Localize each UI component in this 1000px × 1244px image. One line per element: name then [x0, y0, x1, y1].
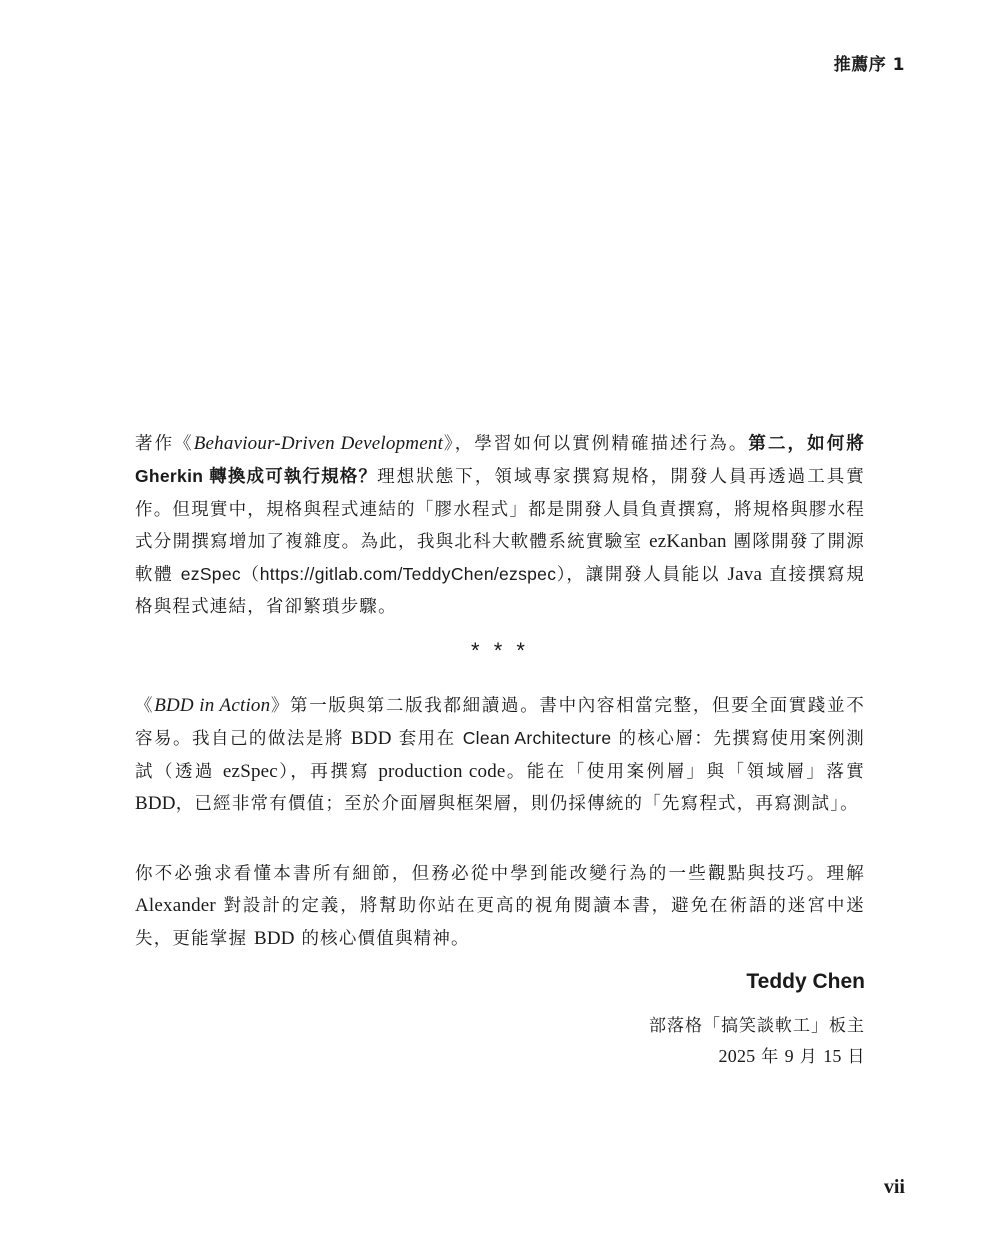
text-run: 套用在 [392, 729, 463, 749]
text-run: 《 [135, 696, 154, 716]
text-run: 對設計的定義，將幫助你站在更高的視角閱讀本書，避免在術語的迷宮中迷失，更能掌握 [135, 896, 865, 948]
language-name: Java [728, 564, 763, 585]
project-url: ezSpec（https://gitlab.com/TeddyChen/ezsp… [181, 564, 567, 584]
paragraph-bdd-in-action: 《BDD in Action》第一版與第二版我都細讀過。書中內容相當完整，但要全… [135, 690, 865, 820]
section-separator: * * * [0, 638, 1000, 664]
text-run: 。能在「使用案例層」與「領域層」落實 [506, 762, 865, 782]
text-run: 著作《 [135, 434, 194, 454]
signature-date: 2025 年 9 月 15 日 [719, 1042, 865, 1067]
emphasis-text: Gherkin 轉換成可執行規格？ [135, 466, 377, 486]
term: BDD [254, 928, 295, 949]
term: ezSpec [223, 761, 278, 782]
date-month: 9 [785, 1046, 794, 1066]
term: production code [378, 761, 505, 782]
text-run: 》，學習如何以實例精確描述行為。 [443, 434, 748, 454]
date-unit: 日 [842, 1047, 865, 1067]
text-run: ，已經非常有價值；至於介面層與框架層，則仍採傳統的「先寫程式，再寫測試」。 [176, 794, 859, 814]
term: BDD [351, 728, 392, 749]
text-run: 的核心價值與精神。 [295, 929, 470, 949]
text-run: 你不必強求看懂本書所有細節，但務必從中學到能改變行為的一些觀點與技巧。理解 [135, 864, 865, 884]
term: Clean Architecture [463, 728, 612, 748]
paragraph-ezspec: 著作《Behaviour-Driven Development》，學習如何以實例… [135, 428, 865, 624]
signature-role: 部落格「搞笑談軟工」板主 [649, 1011, 865, 1036]
date-year: 2025 [719, 1046, 756, 1066]
date-unit: 月 [794, 1047, 823, 1067]
paragraph-closing: 你不必強求看懂本書所有細節，但務必從中學到能改變行為的一些觀點與技巧。理解 Al… [135, 858, 865, 955]
text-run: ），再撰寫 [278, 762, 378, 782]
page-number: vii [884, 1176, 905, 1199]
date-day: 15 [823, 1046, 841, 1066]
emphasis-text: 第二，如何將 [748, 434, 865, 454]
book-title: BDD in Action [154, 695, 270, 716]
running-header: 推薦序 1 [834, 50, 905, 75]
text-run: ，讓開發人員能以 [566, 565, 727, 585]
person-name: Alexander [135, 895, 216, 916]
book-title: Behaviour-Driven Development [194, 433, 443, 454]
term: BDD [135, 793, 176, 814]
signature-name: Teddy Chen [746, 970, 865, 994]
date-unit: 年 [755, 1047, 784, 1067]
project-name: ezKanban [649, 531, 727, 552]
